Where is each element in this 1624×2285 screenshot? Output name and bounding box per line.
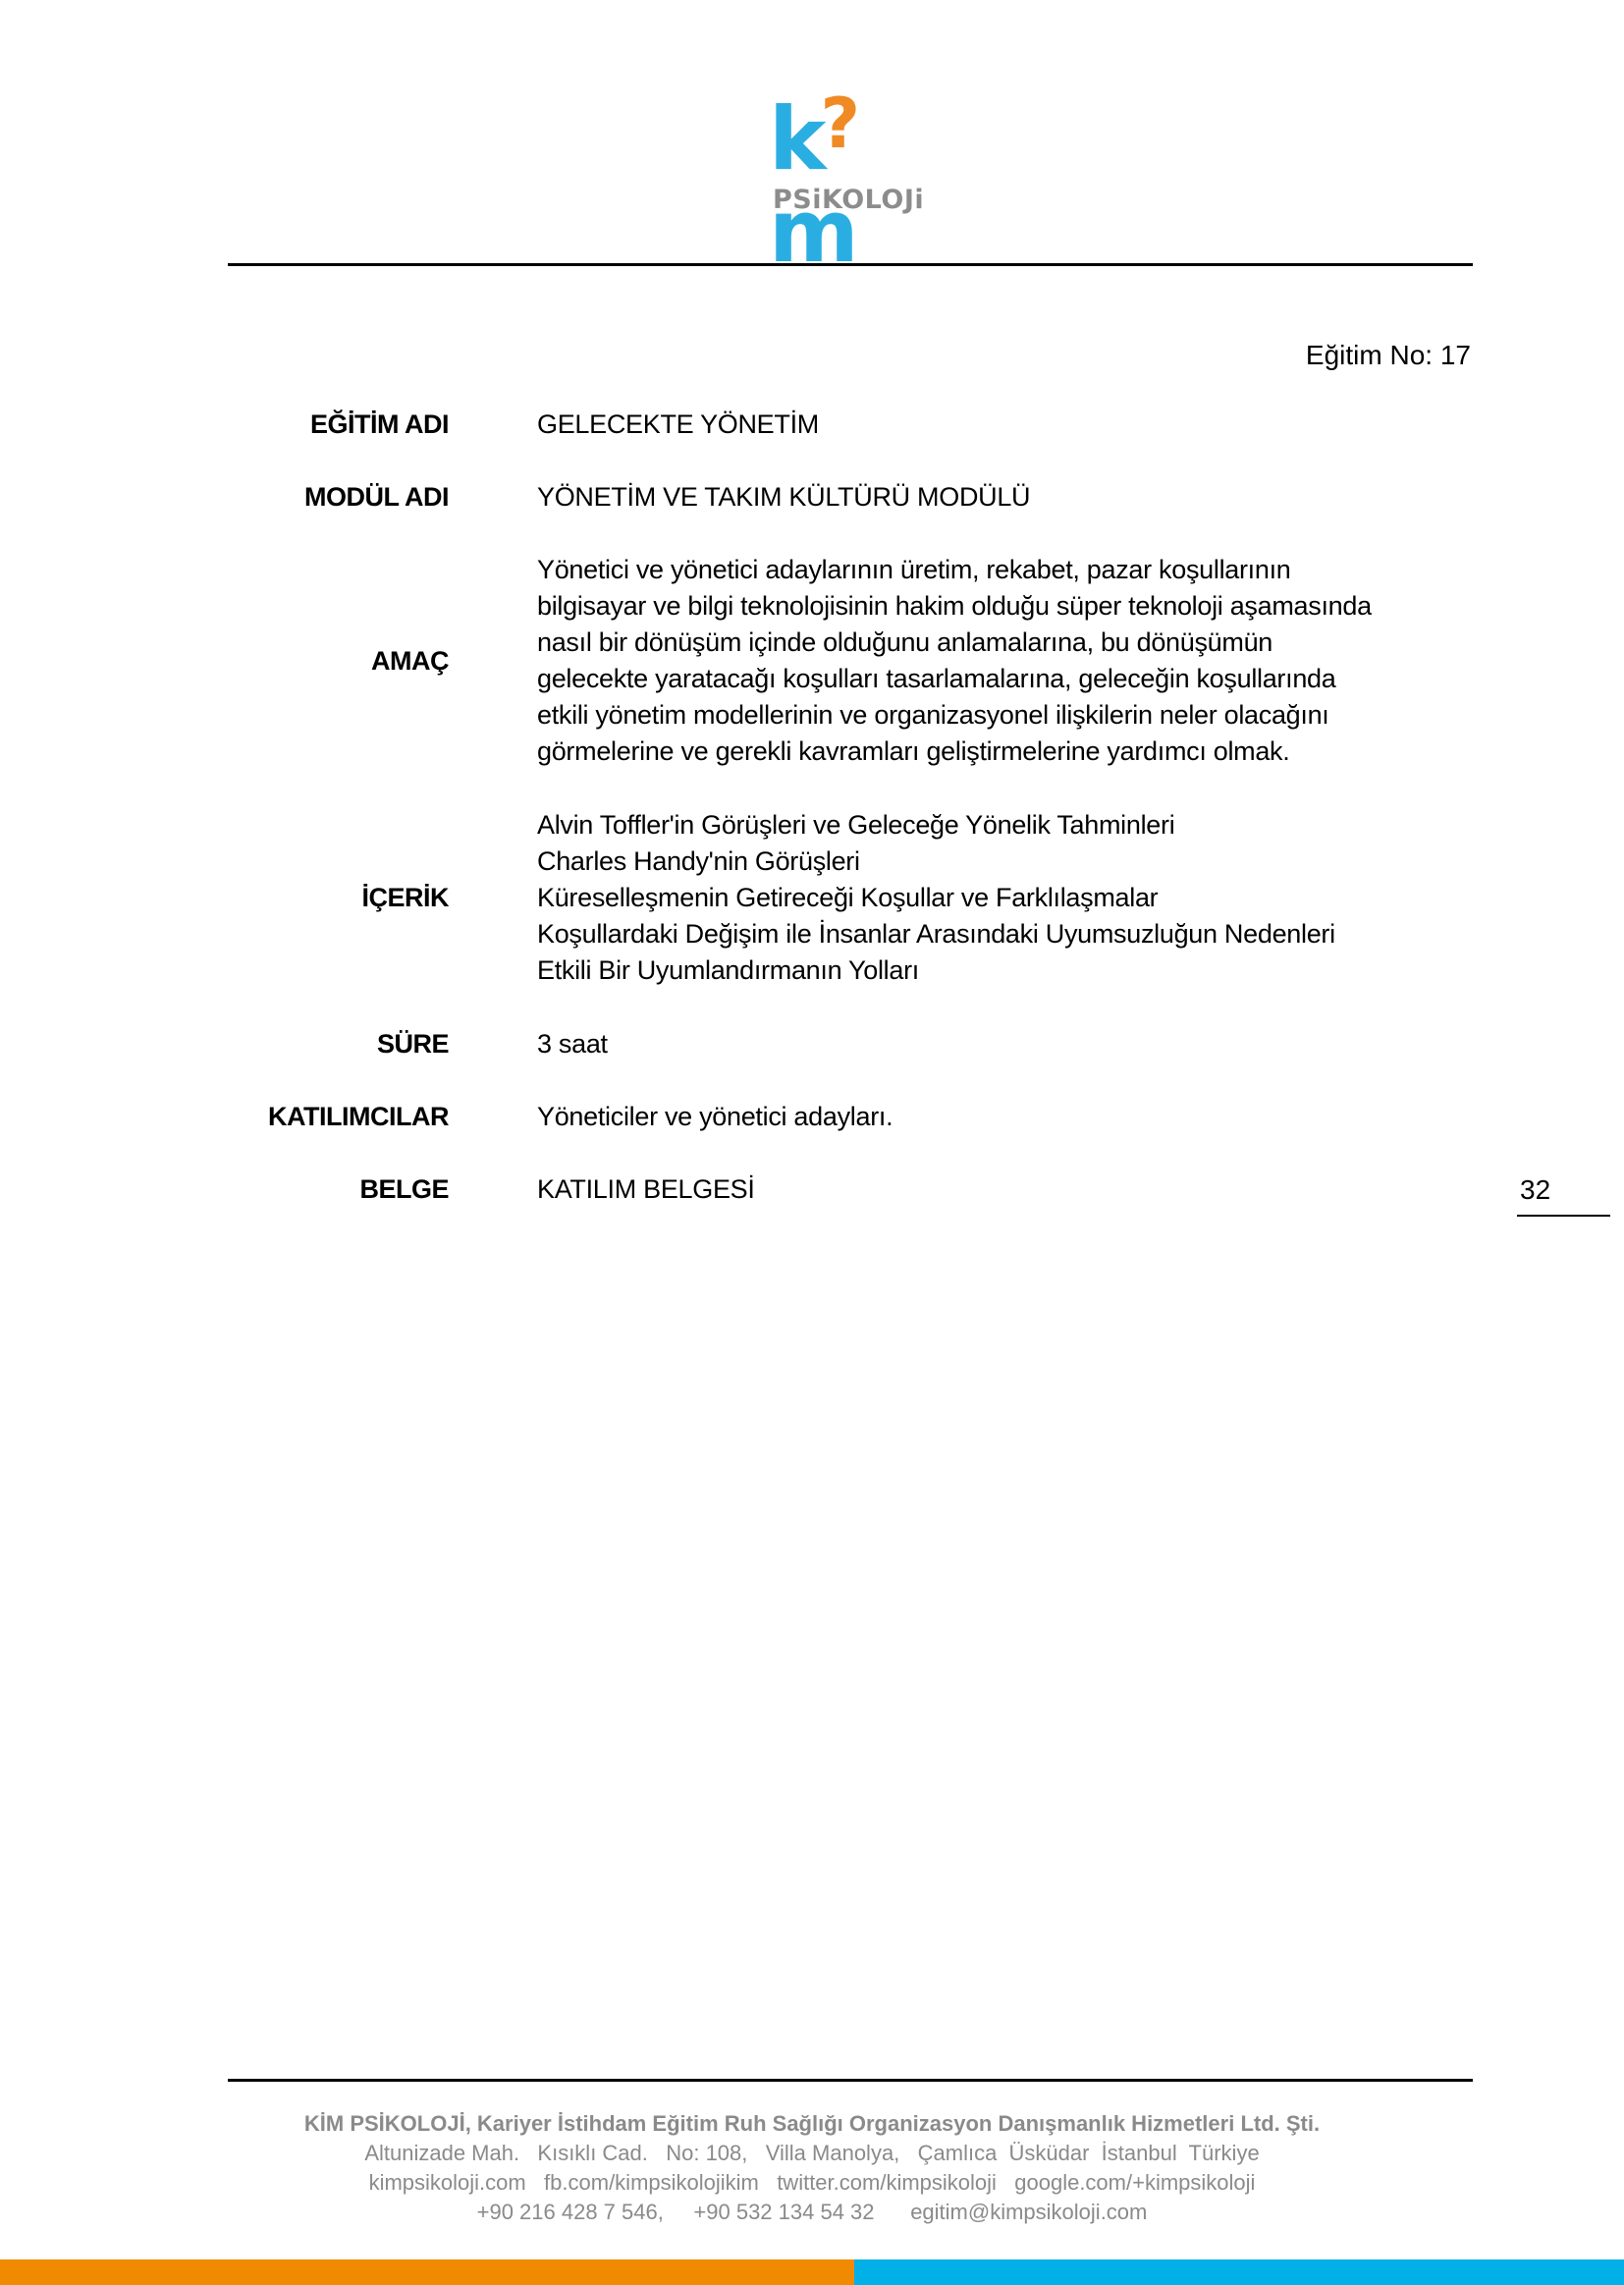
field-label: EĞİTİM ADI xyxy=(310,407,449,443)
training-number: Eğitim No: 17 xyxy=(1306,339,1471,372)
purpose-line: etkili yönetim modellerinin ve organizas… xyxy=(537,697,1470,734)
field-label: BELGE xyxy=(359,1171,449,1208)
footer-company-description: , Kariyer İstihdam Eğitim Ruh Sağlığı Or… xyxy=(465,2111,1320,2136)
kim-psikoloji-logo: k?m PSiKOLOJi xyxy=(769,88,936,216)
field-label: İÇERİK xyxy=(361,880,449,916)
field-value: Yöneticiler ve yönetici adayları. xyxy=(537,1099,1470,1135)
field-value: 3 saat xyxy=(537,1026,1470,1062)
field-label: KATILIMCILAR xyxy=(268,1099,449,1135)
field-value-lines: Alvin Toffler'in Görüşleri ve Geleceğe Y… xyxy=(537,807,1470,989)
content-item: Alvin Toffler'in Görüşleri ve Geleceğe Y… xyxy=(537,807,1470,843)
page-number: 32 xyxy=(1520,1174,1550,1206)
footer-web-links: kimpsikoloji.com fb.com/kimpsikolojikim … xyxy=(0,2168,1624,2198)
purpose-line: bilgisayar ve bilgi teknolojisinin hakim… xyxy=(537,588,1470,625)
field-value: GELECEKTE YÖNETİM xyxy=(537,407,1470,443)
field-label: AMAÇ xyxy=(371,643,449,680)
field-label: SÜRE xyxy=(377,1026,449,1062)
purpose-line: nasıl bir dönüşüm içinde olduğunu anlama… xyxy=(537,625,1470,661)
logo-letter-k: k xyxy=(769,88,825,190)
footer-contact: +90 216 428 7 546, +90 532 134 54 32 egi… xyxy=(0,2198,1624,2227)
purpose-line: görmelerine ve gerekli kavramları gelişt… xyxy=(537,734,1470,770)
content-item: Küreselleşmenin Getireceği Koşullar ve F… xyxy=(537,880,1470,916)
header-divider xyxy=(228,263,1473,266)
content-item: Charles Handy'nin Görüşleri xyxy=(537,843,1470,880)
purpose-line: Yönetici ve yönetici adaylarının üretim,… xyxy=(537,552,1470,588)
footer-bar-blue xyxy=(854,2259,1624,2285)
footer-company-name: KİM PSİKOLOJİ xyxy=(304,2111,465,2136)
footer-company-line: KİM PSİKOLOJİ, Kariyer İstihdam Eğitim R… xyxy=(0,2109,1624,2139)
page-number-underline xyxy=(1517,1215,1610,1217)
purpose-line: gelecekte yaratacağı koşulları tasarlama… xyxy=(537,661,1470,697)
footer-bar-orange xyxy=(0,2259,854,2285)
field-value: KATILIM BELGESİ xyxy=(537,1171,1470,1208)
footer: KİM PSİKOLOJİ, Kariyer İstihdam Eğitim R… xyxy=(0,2109,1624,2227)
field-label: MODÜL ADI xyxy=(304,479,449,516)
footer-address: Altunizade Mah. Kısıklı Cad. No: 108, Vi… xyxy=(0,2139,1624,2168)
content-item: Koşullardaki Değişim ile İnsanlar Arasın… xyxy=(537,916,1470,952)
footer-divider xyxy=(228,2079,1473,2082)
content-item: Etkili Bir Uyumlandırmanın Yolları xyxy=(537,952,1470,989)
field-value: YÖNETİM VE TAKIM KÜLTÜRÜ MODÜLÜ xyxy=(537,479,1470,516)
logo-subtitle: PSiKOLOJi xyxy=(773,187,924,214)
question-mark-icon: ? xyxy=(821,83,859,164)
field-value-lines: Yönetici ve yönetici adaylarının üretim,… xyxy=(537,552,1470,770)
